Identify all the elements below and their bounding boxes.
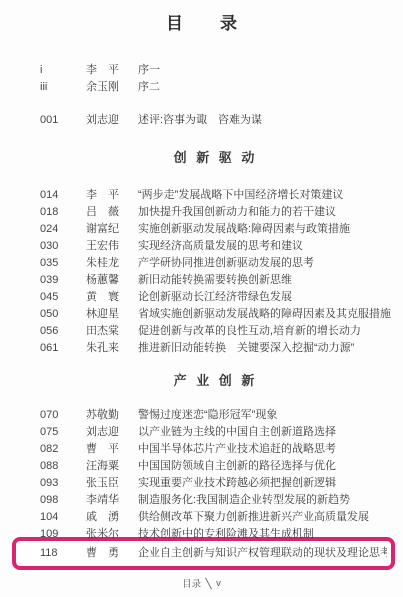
entry-title: 述评:咨事为诹 咨难为谋 (138, 112, 391, 129)
entry-author: 余玉刚 (86, 79, 138, 96)
toc-entry[interactable]: 014 李 平 “两步走”发展战略下中国经济增长对策建议 (40, 187, 391, 204)
entry-title: 新旧动能转换需要转换创新思维 (138, 272, 391, 289)
entry-author: 黄 寰 (86, 289, 138, 306)
toc-entry[interactable]: 088 汪海粟 中国国防领域自主创新的路径选择与优化 (40, 458, 391, 475)
entry-page-number: 061 (40, 340, 86, 357)
toc-entry[interactable]: 109 张米尔 技术创新中的专利险滩及其生成机制 (40, 526, 391, 543)
entry-page-number: 018 (40, 204, 86, 221)
entry-title: 以产业链为主线的中国自主创新道路选择 (138, 424, 391, 441)
entry-title: 供给侧改革下聚力创新推进新兴产业高质量发展 (138, 509, 391, 526)
entry-page-number: 118 (40, 545, 86, 562)
entry-author: 林迎星 (86, 306, 138, 323)
entry-author: 李 平 (86, 187, 138, 204)
entry-page-number: 082 (40, 441, 86, 458)
entry-title: 实现重要产业技术跨越必须把握创新逻辑 (138, 475, 391, 492)
toc-list: i 李 平 序一 iii 余玉刚 序二 001 刘志迎 述评:咨事为诹 咨难为谋… (0, 62, 403, 570)
entry-page-number: 001 (40, 112, 86, 129)
toc-entry[interactable]: 018 吕 薇 加快提升我国创新动力和能力的若干建议 (40, 204, 391, 221)
toc-entry[interactable]: 075 刘志迎 以产业链为主线的中国自主创新道路选择 (40, 424, 391, 441)
entry-title: 推进新旧动能转换 关键要深入挖掘“动力源” (138, 340, 391, 357)
entry-title: 序二 (138, 79, 391, 96)
toc-entry[interactable]: 093 张玉臣 实现重要产业技术跨越必须把握创新逻辑 (40, 475, 391, 492)
toc-entry[interactable]: 030 王宏伟 实现经济高质量发展的思考和建议 (40, 238, 391, 255)
entry-title: 序一 (138, 62, 391, 79)
entry-author: 曹 平 (86, 441, 138, 458)
entry-author: 刘志迎 (86, 112, 138, 129)
entry-title: “两步走”发展战略下中国经济增长对策建议 (138, 187, 391, 204)
entry-author: 朱桂龙 (86, 255, 138, 272)
entry-title: 企业自主创新与知识产权管理联动的现状及理论思考 (138, 545, 387, 562)
page-title: 目 录 (0, 0, 403, 35)
toc-entry[interactable]: 061 朱孔来 推进新旧动能转换 关键要深入挖掘“动力源” (40, 340, 391, 357)
entry-title: 制造服务化:我国制造企业转型发展的新趋势 (138, 492, 391, 509)
entry-author: 刘志迎 (86, 424, 138, 441)
entry-author: 李靖华 (86, 492, 138, 509)
footer-page-number: v (216, 578, 221, 589)
entry-title: 促进创新与改革的良性互动,培育新的增长动力 (138, 323, 391, 340)
toc-entry[interactable]: 056 田杰棠 促进创新与改革的良性互动,培育新的增长动力 (40, 323, 391, 340)
entry-page-number: 035 (40, 255, 86, 272)
section-heading-innovation-drive: 创 新 驱 动 (40, 150, 391, 166)
entry-page-number: 014 (40, 187, 86, 204)
toc-entry[interactable]: 039 杨蕙馨 新旧动能转换需要转换创新思维 (40, 272, 391, 289)
entry-author: 张米尔 (86, 526, 138, 543)
toc-entry[interactable]: 104 戚 湧 供给侧改革下聚力创新推进新兴产业高质量发展 (40, 509, 391, 526)
toc-entry[interactable]: i 李 平 序一 (40, 62, 391, 79)
entry-author: 吕 薇 (86, 204, 138, 221)
entry-author: 谢富纪 (86, 221, 138, 238)
entry-author: 苏敬勤 (86, 407, 138, 424)
toc-entry[interactable]: 070 苏敬勤 警惕过度迷恋“隐形冠军”现象 (40, 407, 391, 424)
entry-page-number: 056 (40, 323, 86, 340)
entry-title: 产学研协同推进创新驱动发展的思考 (138, 255, 391, 272)
entry-title: 实现经济高质量发展的思考和建议 (138, 238, 391, 255)
entry-author: 曹 勇 (86, 545, 138, 562)
entry-author: 汪海粟 (86, 458, 138, 475)
toc-entry[interactable]: 045 黄 寰 论创新驱动长江经济带绿色发展 (40, 289, 391, 306)
section-entries-industry-innovation: 070 苏敬勤 警惕过度迷恋“隐形冠军”现象 075 刘志迎 以产业链为主线的中… (40, 407, 391, 570)
entry-page-number: 039 (40, 272, 86, 289)
section-heading-industry-innovation: 产 业 创 新 (40, 373, 391, 389)
front-matter-block: i 李 平 序一 iii 余玉刚 序二 (40, 62, 391, 96)
entry-page-number: 045 (40, 289, 86, 306)
entry-author: 王宏伟 (86, 238, 138, 255)
entry-title: 警惕过度迷恋“隐形冠军”现象 (138, 407, 391, 424)
entry-page-number: 093 (40, 475, 86, 492)
entry-page-number: 024 (40, 221, 86, 238)
entry-title: 论创新驱动长江经济带绿色发展 (138, 289, 391, 306)
entry-title: 中国国防领域自主创新的路径选择与优化 (138, 458, 391, 475)
entry-title: 技术创新中的专利险滩及其生成机制 (138, 526, 391, 543)
entry-author: 田杰棠 (86, 323, 138, 340)
entry-author: 朱孔来 (86, 340, 138, 357)
entry-page-number: 075 (40, 424, 86, 441)
entry-author: 戚 湧 (86, 509, 138, 526)
entry-page-number: i (40, 62, 86, 79)
entry-page-number: 070 (40, 407, 86, 424)
section-entries-innovation-drive: 014 李 平 “两步走”发展战略下中国经济增长对策建议 018 吕 薇 加快提… (40, 187, 391, 357)
review-block: 001 刘志迎 述评:咨事为诹 咨难为谋 (40, 112, 391, 129)
entry-title: 中国半导体芯片产业技术追赶的战略思考 (138, 441, 391, 458)
footer-section-label: 目录 (182, 576, 201, 590)
toc-entry[interactable]: 024 谢富纪 实施创新驱动发展战略:障碍因素与政策措施 (40, 221, 391, 238)
footer-slash-divider (205, 577, 212, 589)
page-footer: 目录 v (0, 576, 403, 590)
entry-page-number: 098 (40, 492, 86, 509)
entry-page-number: 109 (40, 526, 86, 543)
entry-author: 杨蕙馨 (86, 272, 138, 289)
toc-entry[interactable]: iii 余玉刚 序二 (40, 79, 391, 96)
entry-page-number: 104 (40, 509, 86, 526)
toc-entry[interactable]: 001 刘志迎 述评:咨事为诹 咨难为谋 (40, 112, 391, 129)
entry-page-number: 088 (40, 458, 86, 475)
entry-page-number: 050 (40, 306, 86, 323)
entry-title: 加快提升我国创新动力和能力的若干建议 (138, 204, 391, 221)
entry-author: 张玉臣 (86, 475, 138, 492)
toc-entry-highlighted[interactable]: 118 曹 勇 企业自主创新与知识产权管理联动的现状及理论思考 (40, 545, 387, 562)
entry-author: 李 平 (86, 62, 138, 79)
toc-entry[interactable]: 035 朱桂龙 产学研协同推进创新驱动发展的思考 (40, 255, 391, 272)
entry-page-number: iii (40, 79, 86, 96)
entry-title: 省域实施创新驱动发展战略的障碍因素及其克服措施 (138, 306, 391, 323)
toc-entry[interactable]: 050 林迎星 省域实施创新驱动发展战略的障碍因素及其克服措施 (40, 306, 391, 323)
toc-entry[interactable]: 082 曹 平 中国半导体芯片产业技术追赶的战略思考 (40, 441, 391, 458)
entry-title: 实施创新驱动发展战略:障碍因素与政策措施 (138, 221, 391, 238)
toc-entry[interactable]: 098 李靖华 制造服务化:我国制造企业转型发展的新趋势 (40, 492, 391, 509)
entry-page-number: 030 (40, 238, 86, 255)
toc-page: 目 录 i 李 平 序一 iii 余玉刚 序二 001 刘志迎 述评:咨事为诹 … (0, 0, 403, 597)
